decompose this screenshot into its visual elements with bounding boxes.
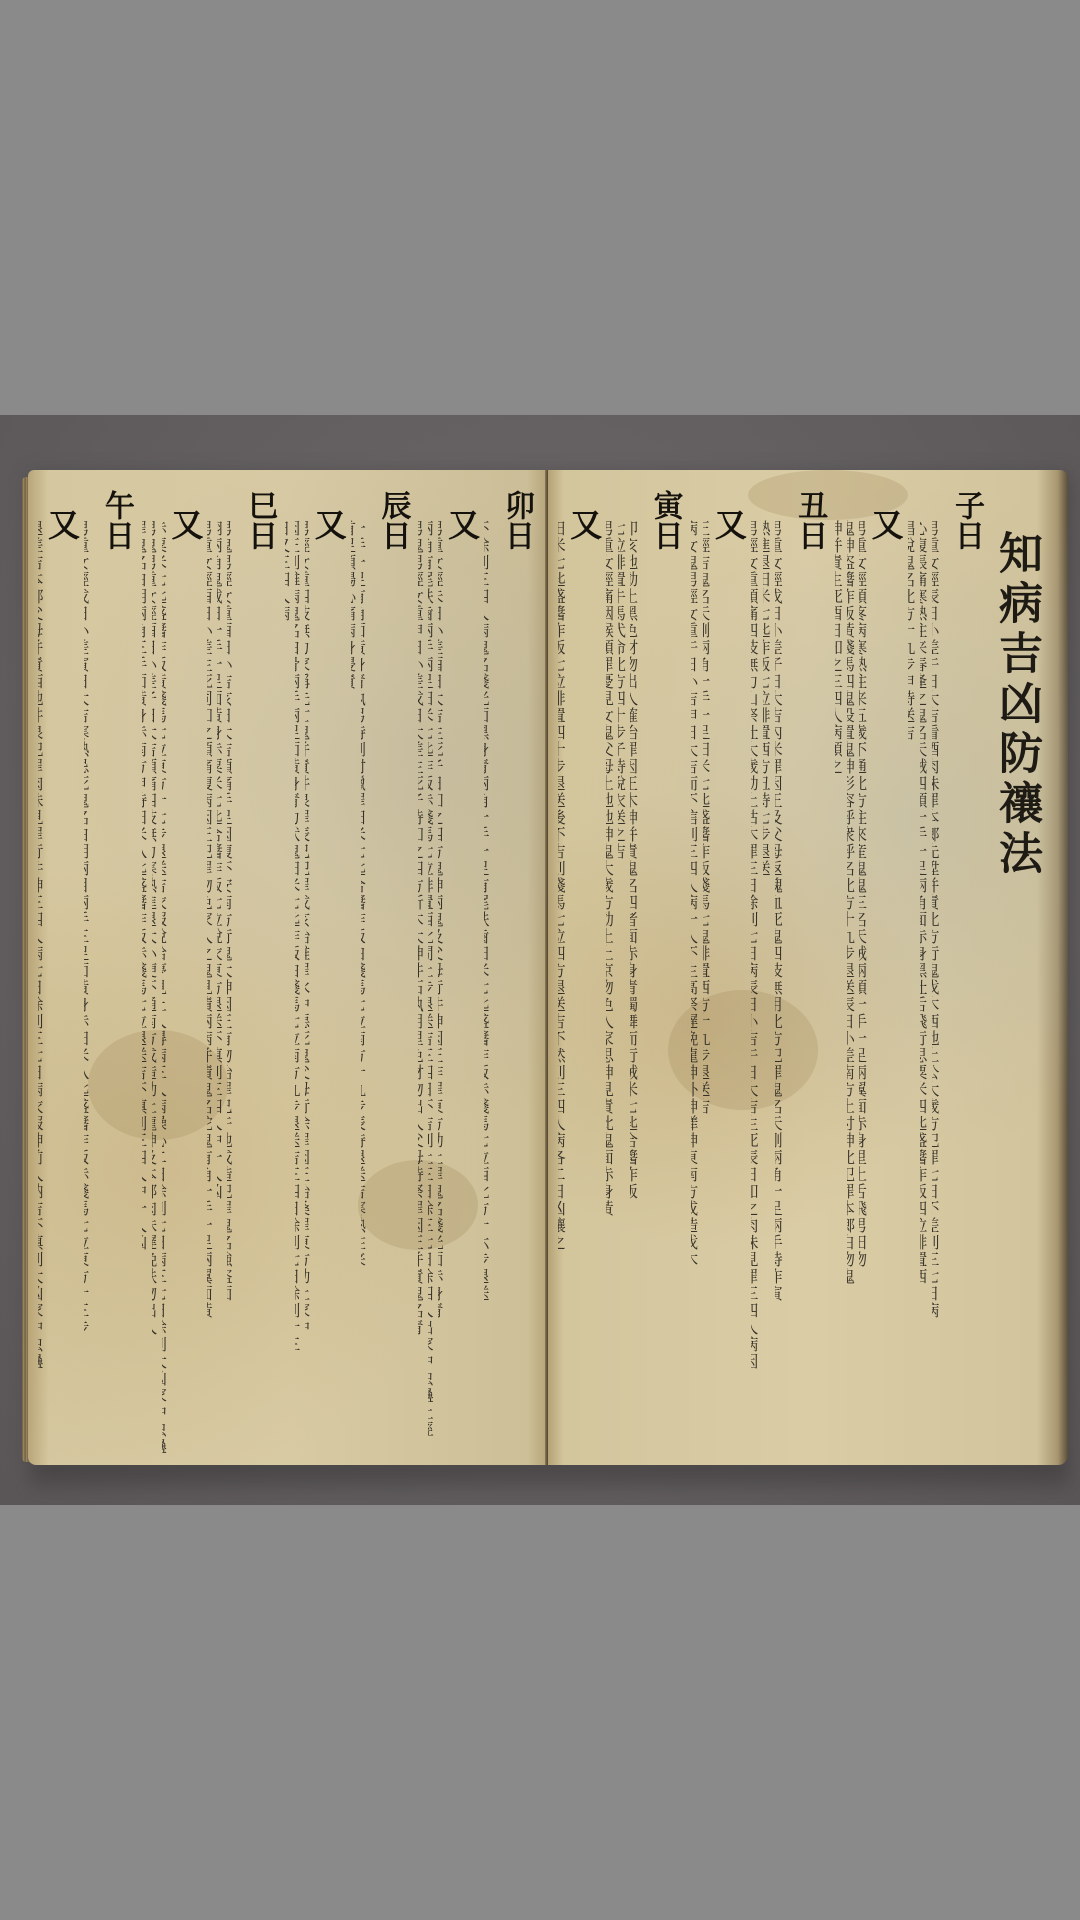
section-heading-chou-day: 丑日 (787, 520, 831, 1455)
letterbox-background: 卯日 不除則三四人病鬼名殘光面黑身青兩角一手一足有尾鉄齒田米七匙盛醬作飯赤錢馬七… (0, 0, 1080, 1920)
again-heading: 又 (448, 500, 480, 546)
text-column: 因王則雜病鬼名白骨兩手兩足面黃身青力状鬼田米七匙作飯白錢馬七位南方九步退送吉三四… (295, 520, 301, 1455)
again-heading: 又 (872, 500, 904, 546)
text-column: 罪鬼名白明兩角三手面黃身赤南方申時田米八匙盛醬作飯赤錢馬七位退送吉不慎則三四人中… (142, 520, 148, 1455)
day-heading: 午日 (94, 490, 138, 550)
text-column: 熱進退田米七匙作飯七位排置西方丑時七步退送 (763, 520, 771, 1455)
section-heading-chen-day: 辰日 (370, 520, 414, 1455)
text-column: 翔兩角鬼戴日一手一足面黃身赤粟米七匙合醬作飯七位脫衣東方退送不慎則三四人中一人凶 (217, 520, 223, 1455)
text-column: 卯亥地動土黑色財物出入確治罪因王木神并責鬼名四者面赤身青獨舞而行賊米七匙合醬作飯 (630, 520, 638, 1455)
again-heading: 又 (315, 500, 347, 546)
day-heading: 辰日 (370, 490, 414, 550)
section-heading-mao-day: 卯日 (494, 520, 538, 1455)
text-column: 男重女輕頭疼病寒熱往来五歲不通北方往來産鬼鬼三名天賊兩頭一手一足兩翼面赤身里土舌… (859, 520, 867, 1455)
section-heading-zi-day: 子日 (944, 520, 988, 1455)
section-heading-again: 又 (715, 520, 747, 1455)
text-column: 赤粟米七匙盛醬作飯黃錢馬七位東方十七步退送吉衣服脫給夢見上人得病三人病操心二日餘… (162, 520, 168, 1455)
day-heading: 子日 (944, 490, 988, 550)
manuscript-photo: 卯日 不除則三四人病鬼名殘光面黑身青兩角一手一足有尾鉄齒田米七匙盛醬作飯赤錢馬七… (0, 415, 1080, 1505)
section-heading-again: 又 (872, 520, 904, 1455)
day-heading: 寅日 (643, 490, 687, 550)
text-column: 男輕女重四肢無力家稱先亡鬼并責井泉罪辰巳犯罪戌亥治雄罪水中惡死鬼父母行徐罪因王治… (305, 520, 311, 1455)
text-column: 日又三四人病 (285, 520, 291, 1455)
text-column: 一手一足有角面黃身青執弓持劍射獵罪田米七匙合醬作飯白錢馬七位南方十九步辰時退送吉… (361, 520, 367, 1455)
section-heading-again: 又 (48, 520, 80, 1455)
text-column: 唱說鬼名北方十九步申時送吉 (908, 520, 916, 1455)
text-column: 兩角有尾鉄齒兩手兩足田米七匙作飯赤錢馬七位排置西北間土步退送吉三四日不吉則土三日… (428, 520, 434, 1455)
again-heading: 又 (171, 500, 203, 546)
left-page-columns: 卯日 不除則三四人病鬼名殘光面黑身青兩角一手一足有尾鉄齒田米七匙盛醬作飯赤錢馬七… (38, 520, 538, 1455)
text-column: 男鬼男輕女重酉日小吉亥日大吉頭痛手足因腹不安南方行鬼大神因王有物治罪巳午地成造犯… (227, 520, 233, 1455)
text-column: 男鬼男輕女重申日小差戌日大差生死子時知之四方斫木大神井石執用里色財物出入父母時祭… (418, 520, 424, 1455)
text-column: 男重女輕未日小差酉日大吉生死子日知之四方鬼神兩鬼及父母行件神因王作罪東方動土罪鬼… (438, 520, 444, 1455)
text-column: 田米七匙盛醬作飯七位排置四十步退送後不吉則錢馬七位四方退送吉不然則三四人病各二日… (558, 520, 566, 1455)
day-heading: 巳日 (237, 490, 281, 550)
section-heading-si-day: 巳日 (237, 520, 281, 1455)
text-column: 首足頭腸心痛病身侵責 (351, 520, 357, 1455)
section-heading-yin-day: 寅日 (643, 520, 687, 1455)
day-heading: 卯日 (494, 490, 538, 550)
day-heading: 丑日 (787, 490, 831, 550)
left-page: 卯日 不除則三四人病鬼名殘光面黑身青兩角一手一足有尾鉄齒田米七匙盛醬作飯赤錢馬七… (28, 470, 548, 1465)
again-heading: 又 (570, 500, 602, 546)
text-column: 男重女輕酉日小差生死同知之頭痛腹病因王犯罪物色家入之鬼見債兩病并債鬼名蛇鬼有角一… (207, 520, 213, 1455)
text-column: 心腹脹痛寒熱往来春逢之鬼名天賊四頭一手一足兩角面赤身黑吐舌飛行思粟米四匙盛醬作飯… (920, 520, 928, 1455)
text-column: 男鬼男重女輕酉日小差子日大吉頭痛四肢無力寒熱進退大小便不通南方成造動土龍神及本鄉… (152, 520, 158, 1455)
right-page-columns: 子日 男重女輕辰日小差午日大吉看酒肉味罪本鄉先陞并責北方行鬼伐木西地土公大歲方犯… (558, 520, 988, 1455)
section-heading-again: 又 (448, 520, 480, 1455)
text-column: 男重女輕辰日小差午日大吉看酒肉味罪本鄉先陞并責北方行鬼伐木西地土公大歲方犯罪七日… (932, 520, 940, 1455)
text-column: 男重女輕痛咽喉頭罪憂見女鬼父母土地地神鬼大歲方動土上京物色入家思神見責此鬼面赤身… (606, 520, 614, 1455)
text-column: 病女鬼男輕女重午日小吉申日大吉而不信則三四人病一人不生高祭遅晩龍神外神㷣神東南方… (691, 520, 699, 1455)
text-column: 男輕女重頭痛四肢無力山祭吐大歲動土枯木罪三日餘則七日病辰日小吉午日大吉生死辰日知… (751, 520, 759, 1455)
text-column: 退差吉本鄉父母并責西地井泉犯罪肉味見罪行件神三四人病七日餘則三七日病衣服神前入納… (38, 520, 44, 1455)
text-column: 鬼神盜醬作飯黃錢馬四鬼設置鬼神形容呼衆呼名北方十九步退送辰日小差南方土付神北犯罪… (847, 520, 855, 1455)
text-column: 神并責生死酉日知之三四人病頓之 (835, 520, 843, 1455)
section-heading-again: 又 (171, 520, 203, 1455)
text-column: 男重女輕戌日小差子日大吉內米罪因王及父母返魂血死鬼四肢無用北方犯罪鬼名天剛兩角一… (775, 520, 783, 1455)
section-heading-wu-day: 午日 (94, 520, 138, 1455)
text-column: 男重女輕戌日小差寅日大吉寒熱忌死鬼名白明兩目兩手三足面黃身赤田米八匙盛醬作飯赤錢… (84, 520, 90, 1455)
section-heading-again: 又 (315, 520, 347, 1455)
text-column: 七位排置牛馬代命北方四十步子時脫衣送之吉 (618, 520, 626, 1455)
again-heading: 又 (48, 500, 80, 546)
right-page: 知病吉凶防禳法 子日 男重女輕辰日小差午日大吉看酒肉味罪本鄉先陞并責北方行鬼伐木… (548, 470, 1068, 1465)
section-heading-again: 又 (570, 520, 602, 1455)
again-heading: 又 (715, 500, 747, 546)
text-column: 王輕吉鬼名天剛兩角一手一足田米七匙盛醬作飯錢馬七鬼排置西方十九步退送吉 (703, 520, 711, 1455)
manuscript-title: 知病吉凶防禳法 (984, 530, 1048, 880)
text-column: 不除則三四人病鬼名殘光面黑身青兩角一手一足有尾鉄齒田米七匙盛醬作飯赤錢馬七位西北… (484, 520, 490, 1455)
